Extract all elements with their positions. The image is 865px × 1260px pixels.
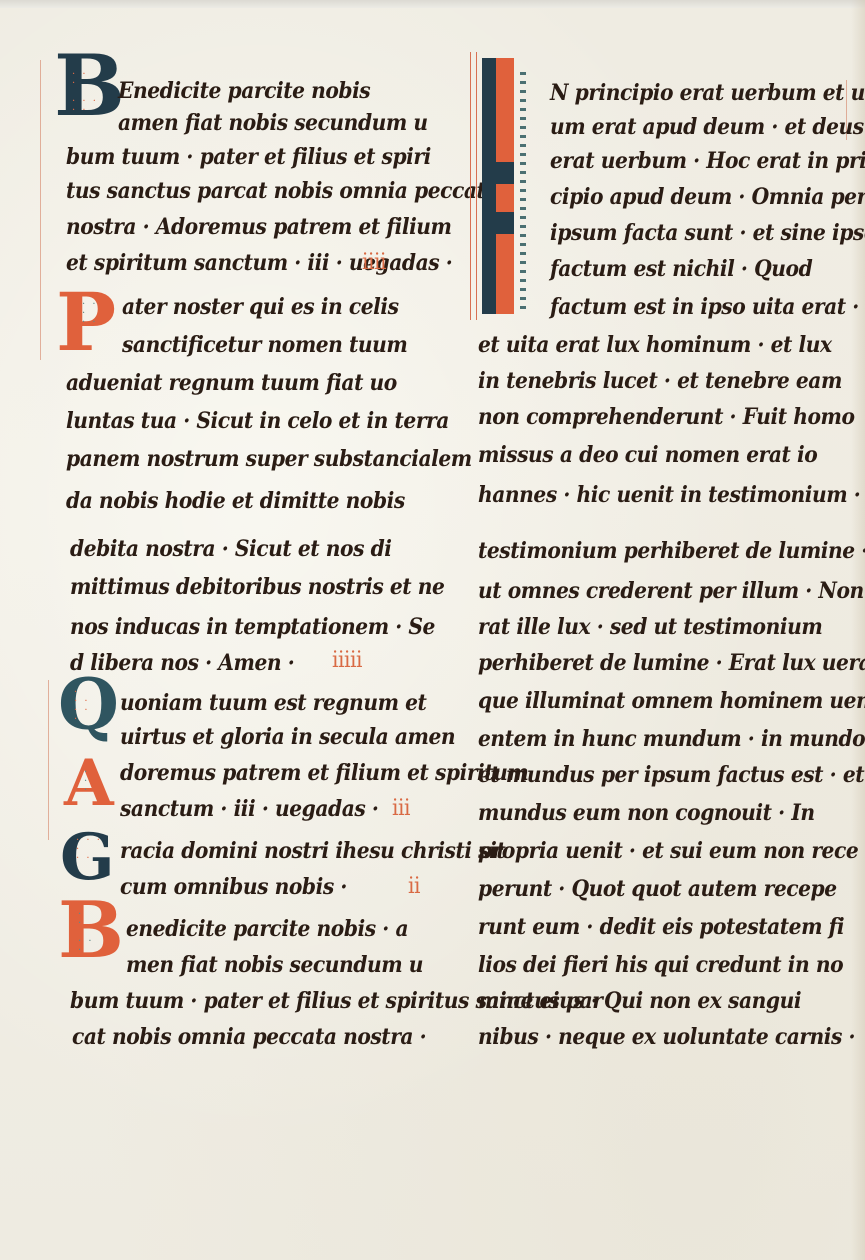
text-line: nos inducas in temptationem · Se: [70, 614, 435, 640]
rubric-mark: iiiii: [332, 648, 362, 673]
initial-pen-fringe: [520, 72, 526, 312]
text-line: in tenebris lucet · et tenebre eam: [478, 368, 842, 394]
text-line: Enedicite parcite nobis: [118, 78, 370, 104]
text-line: cipio apud deum · Omnia per: [550, 184, 865, 210]
text-line: d libera nos · Amen ·: [70, 650, 294, 676]
text-line: sanctificetur nomen tuum: [122, 332, 407, 358]
text-line: adueniat regnum tuum fiat uo: [66, 370, 397, 396]
margin-ruling-line: [48, 680, 49, 840]
text-line: ut omnes crederent per illum · Non e: [478, 578, 865, 604]
text-line: luntas tua · Sicut in celo et in terra: [66, 408, 449, 434]
initial-blue-stem: [482, 58, 496, 314]
text-line: bum tuum · pater et filius et spiri: [66, 144, 431, 170]
initial-dot-ornament: ·· ·· ··: [74, 688, 90, 724]
text-line: sanctum · iii · uegadas ·: [120, 796, 378, 822]
text-line: debita nostra · Sicut et nos di: [70, 536, 392, 562]
rubric-mark: iiii: [362, 250, 386, 275]
initial-dot-ornament: · ··· · ·· ·: [72, 70, 98, 115]
text-line: testimonium perhiberet de lumine ·: [478, 538, 865, 564]
text-line: da nobis hodie et dimitte nobis: [66, 488, 405, 514]
text-line: entem in hunc mundum · in mundo erat ·: [478, 726, 865, 752]
initial-notch: [496, 212, 514, 234]
text-line: missus a deo cui nomen erat io: [478, 442, 817, 468]
text-line: runt eum · dedit eis potestatem fi: [478, 914, 844, 940]
text-line: que illuminat omnem hominem ueni: [478, 688, 865, 714]
initial-g-blue: G · · ··· ·: [60, 826, 114, 890]
initial-a-red: A ···: [64, 752, 113, 816]
text-line: panem nostrum super substancialem: [66, 446, 472, 472]
text-line: factum est nichil · Quod: [550, 256, 812, 282]
text-line: non comprehenderunt · Fuit homo: [478, 404, 855, 430]
page-top-edge: [0, 0, 865, 8]
text-line: enedicite parcite nobis · a: [126, 916, 408, 942]
text-line: racia domini nostri ihesu christi sit: [120, 838, 505, 864]
text-line: et uita erat lux hominum · et lux: [478, 332, 832, 358]
text-line: ipsum facta sunt · et sine ipso: [550, 220, 865, 246]
initial-dot-ornament: · · ··· ·: [76, 836, 102, 863]
text-line: uoniam tuum est regnum et: [120, 690, 426, 716]
text-line: hannes · hic uenit in testimonium · ut: [478, 482, 865, 508]
initial-b-blue: B · ··· · ·· ·: [54, 44, 125, 128]
text-line: tus sanctus parcat nobis omnia peccata: [66, 178, 498, 204]
text-line: N principio erat uerbum et uerb: [550, 80, 865, 106]
pen-flourish-line: [476, 52, 477, 320]
rubric-mark: iii: [392, 796, 410, 821]
text-line: doremus patrem et filium et spiritum: [120, 760, 528, 786]
initial-q-blue: Q ·· ·· ··: [58, 670, 118, 740]
rubric-mark: ii: [408, 874, 420, 899]
initial-p-red: P · ··· ·: [56, 282, 116, 362]
margin-ruling-line: [40, 60, 41, 360]
text-line: cum omnibus nobis ·: [120, 874, 347, 900]
text-line: nibus · neque ex uoluntate carnis ·: [478, 1024, 855, 1050]
text-line: et spiritum sanctum · iii · uegadas ·: [66, 250, 452, 276]
text-line: uirtus et gloria in secula amen: [120, 724, 455, 750]
initial-dot-ornament: · ··· ·: [82, 300, 98, 327]
text-line: lios dei fieri his qui credunt in no: [478, 952, 843, 978]
text-line: et mundus per ipsum factus est · et: [478, 762, 864, 788]
text-line: amen fiat nobis secundum u: [118, 110, 428, 136]
text-line: erat uerbum · Hoc erat in prin: [550, 148, 865, 174]
initial-notch: [496, 162, 514, 184]
text-line: rat ille lux · sed ut testimonium: [478, 614, 822, 640]
pen-flourish-line: [470, 52, 471, 320]
text-line: um erat apud deum · et deus: [550, 114, 864, 140]
text-line: nostra · Adoremus patrem et filium: [66, 214, 452, 240]
text-line: cat nobis omnia peccata nostra ·: [72, 1024, 426, 1050]
initial-red-stem: [496, 58, 514, 314]
text-line: perhiberet de lumine · Erat lux uera: [478, 650, 865, 676]
initial-i-decorated: I: [478, 52, 522, 320]
text-line: propria uenit · et sui eum non rece: [478, 838, 858, 864]
text-line: ater noster qui es in celis: [122, 294, 399, 320]
text-line: men fiat nobis secundum u: [126, 952, 423, 978]
initial-dot-ornament: ···: [84, 768, 89, 795]
text-line: perunt · Quot quot autem recepe: [478, 876, 837, 902]
text-line: factum est in ipso uita erat ·: [550, 294, 859, 320]
text-line: mine eius · Qui non ex sangui: [478, 988, 801, 1014]
text-line: mundus eum non cognouit · In: [478, 800, 815, 826]
manuscript-page: B · ··· · ·· · P · ··· · Q ·· ·· ·· A ··…: [0, 0, 865, 1260]
text-line: mittimus debitoribus nostris et ne: [70, 574, 444, 600]
initial-dot-ornament: ··· ··: [78, 910, 94, 955]
initial-b-red: B ··· ··: [58, 892, 123, 970]
